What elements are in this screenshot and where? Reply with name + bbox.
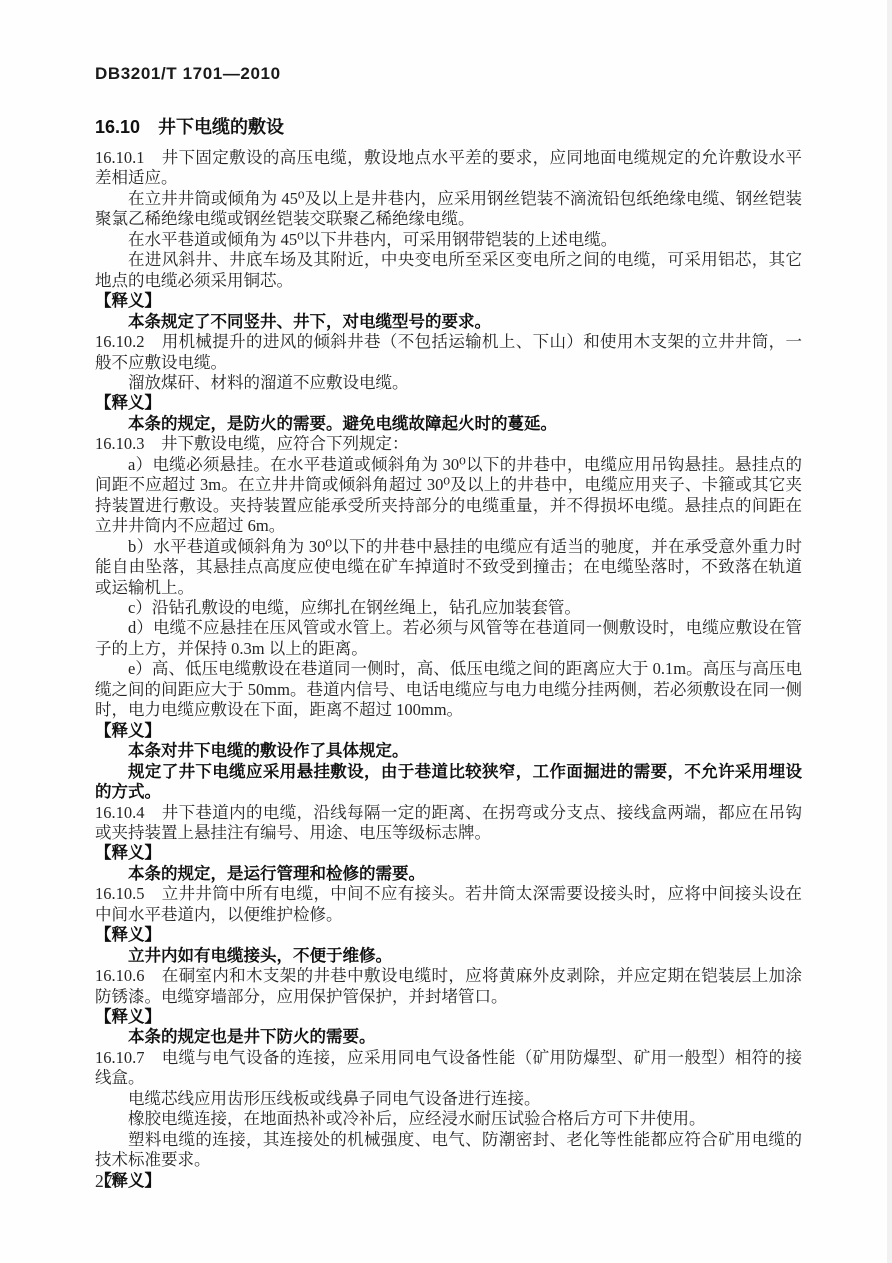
body-paragraph: 在进风斜井、井底车场及其附近，中央变电所至采区变电所之间的电缆，可采用铝芯，其它… [95,250,802,291]
interpretation-heading: 【释义】 [95,1007,802,1027]
clause-paragraph: 16.10.1 井下固定敷设的高压电缆，敷设地点水平差的要求，应同地面电缆规定的… [95,148,802,189]
interpretation-paragraph: 本条的规定，是防火的需要。避免电缆故障起火时的蔓延。 [95,414,802,434]
body-paragraph: c）沿钻孔敷设的电缆，应绑扎在钢丝绳上，钻孔应加装套管。 [95,598,802,618]
clause-paragraph: 16.10.6 在硐室内和木支架的井巷中敷设电缆时，应将黄麻外皮剥除，并应定期在… [95,966,802,1007]
body-paragraph: b）水平巷道或倾斜角为 30⁰以下的井巷中悬挂的电缆应有适当的驰度，并在承受意外… [95,537,802,598]
body-paragraph: 在水平巷道或倾角为 45⁰以下井巷内，可采用钢带铠装的上述电缆。 [95,230,802,250]
body-paragraph: 溜放煤矸、材料的溜道不应敷设电缆。 [95,373,802,393]
clause-paragraph: 16.10.5 立井井筒中所有电缆，中间不应有接头。若井筒太深需要设接头时，应将… [95,884,802,925]
section-title: 井下电缆的敷设 [158,117,284,137]
document-body: 16.10.1 井下固定敷设的高压电缆，敷设地点水平差的要求，应同地面电缆规定的… [95,148,802,1191]
interpretation-heading: 【释义】 [95,721,802,741]
interpretation-paragraph: 本条规定了不同竖井、井下，对电缆型号的要求。 [95,312,802,332]
interpretation-heading: 【释义】 [95,291,802,311]
body-paragraph: 塑料电缆的连接，其连接处的机械强度、电气、防潮密封、老化等性能都应符合矿用电缆的… [95,1130,802,1171]
page-number: 270 [95,1171,121,1191]
interpretation-heading: 【释义】 [95,843,802,863]
scan-edge-right [887,0,892,1263]
body-paragraph: 在立井井筒或倾角为 45⁰及以上是井巷内，应采用钢丝铠装不滴流铅包纸绝缘电缆、钢… [95,189,802,230]
body-paragraph: d）电缆不应悬挂在压风管或水管上。若必须与风管等在巷道同一侧敷设时，电缆应敷设在… [95,618,802,659]
interpretation-heading: 【释义】 [95,925,802,945]
body-paragraph: e）高、低压电缆敷设在巷道同一侧时，高、低压电缆之间的距离应大于 0.1m。高压… [95,659,802,720]
interpretation-paragraph: 规定了井下电缆应采用悬挂敷设，由于巷道比较狭窄，工作面掘进的需要，不允许采用埋设… [95,762,802,803]
document-page: DB3201/T 1701—2010 16.10井下电缆的敷设 16.10.1 … [0,0,892,1263]
clause-paragraph: 16.10.7 电缆与电气设备的连接，应采用同电气设备性能（矿用防爆型、矿用一般… [95,1048,802,1089]
interpretation-paragraph: 立井内如有电缆接头，不便于维修。 [95,946,802,966]
interpretation-paragraph: 本条的规定也是井下防火的需要。 [95,1027,802,1047]
interpretation-paragraph: 本条对井下电缆的敷设作了具体规定。 [95,741,802,761]
interpretation-heading: 【释义】 [95,393,802,413]
interpretation-paragraph: 本条的规定，是运行管理和检修的需要。 [95,864,802,884]
clause-paragraph: 16.10.4 井下巷道内的电缆，沿线每隔一定的距离、在拐弯或分支点、接线盒两端… [95,803,802,844]
interpretation-heading: 【释义】 [95,1171,802,1191]
section-heading: 16.10井下电缆的敷设 [95,117,802,138]
doc-code: DB3201/T 1701—2010 [95,64,802,84]
section-number: 16.10 [95,117,140,137]
body-paragraph: a）电缆必须悬挂。在水平巷道或倾斜角为 30⁰以下的井巷中，电缆应用吊钩悬挂。悬… [95,455,802,537]
body-paragraph: 橡胶电缆连接，在地面热补或冷补后，应经浸水耐压试验合格后方可下井使用。 [95,1109,802,1129]
clause-paragraph: 16.10.2 用机械提升的进风的倾斜井巷（不包括运输机上、下山）和使用木支架的… [95,332,802,373]
clause-paragraph: 16.10.3 井下敷设电缆，应符合下列规定： [95,434,802,454]
page-content: DB3201/T 1701—2010 16.10井下电缆的敷设 16.10.1 … [95,64,802,1191]
body-paragraph: 电缆芯线应用齿形压线板或线鼻子同电气设备进行连接。 [95,1089,802,1109]
